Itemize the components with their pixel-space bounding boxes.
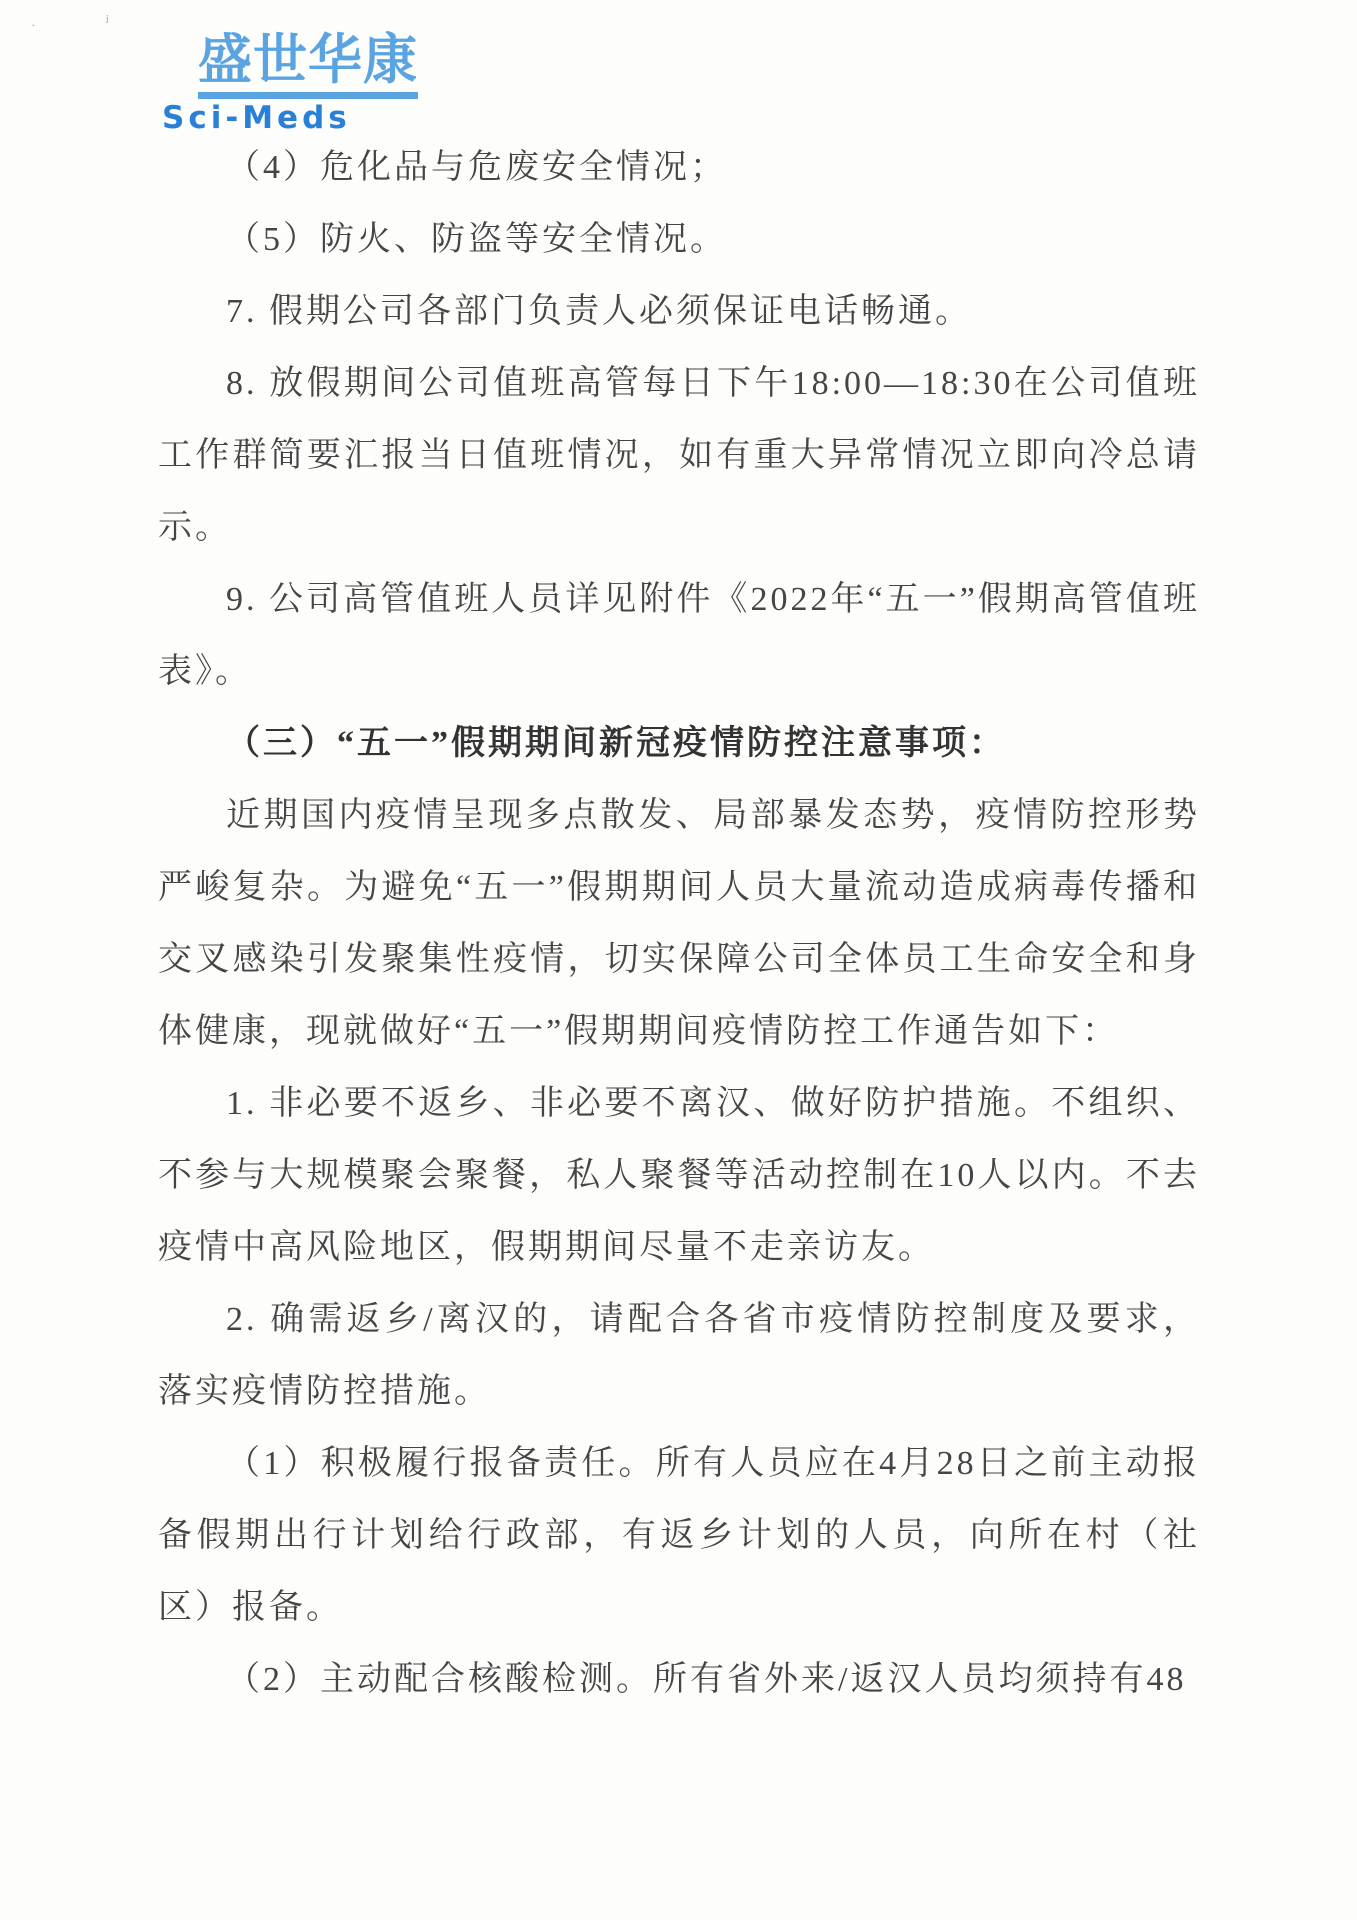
body-paragraph: 2. 确需返乡/离汉的，请配合各省市疫情防控制度及要求，落实疫情防控措施。 (158, 1284, 1200, 1428)
company-logo: 盛世华康 Sci-Meds (162, 32, 418, 136)
logo-english-text: Sci-Meds (162, 100, 418, 136)
body-paragraph: （5）防火、防盗等安全情况。 (158, 204, 1200, 276)
logo-chinese-text: 盛世华康 (198, 32, 418, 99)
document-body: （4）危化品与危废安全情况；（5）防火、防盗等安全情况。7. 假期公司各部门负责… (158, 132, 1200, 1716)
body-paragraph: 9. 公司高管值班人员详见附件《2022年“五一”假期高管值班表》。 (158, 564, 1200, 708)
body-paragraph: 8. 放假期间公司值班高管每日下午18:00—18:30在公司值班工作群简要汇报… (158, 348, 1200, 564)
section-heading: （三）“五一”假期期间新冠疫情防控注意事项： (158, 708, 1200, 780)
body-paragraph: （4）危化品与危废安全情况； (158, 132, 1200, 204)
scan-speck: ʲ (106, 12, 109, 30)
body-paragraph: 近期国内疫情呈现多点散发、局部暴发态势，疫情防控形势严峻复杂。为避免“五一”假期… (158, 780, 1200, 1068)
body-paragraph: 1. 非必要不返乡、非必要不离汉、做好防护措施。不组织、不参与大规模聚会聚餐，私… (158, 1068, 1200, 1284)
scan-speck: ˙ (30, 24, 37, 39)
body-paragraph: 7. 假期公司各部门负责人必须保证电话畅通。 (158, 276, 1200, 348)
body-paragraph: （2）主动配合核酸检测。所有省外来/返汉人员均须持有48 (158, 1644, 1200, 1716)
body-paragraph: （1）积极履行报备责任。所有人员应在4月28日之前主动报备假期出行计划给行政部，… (158, 1428, 1200, 1644)
